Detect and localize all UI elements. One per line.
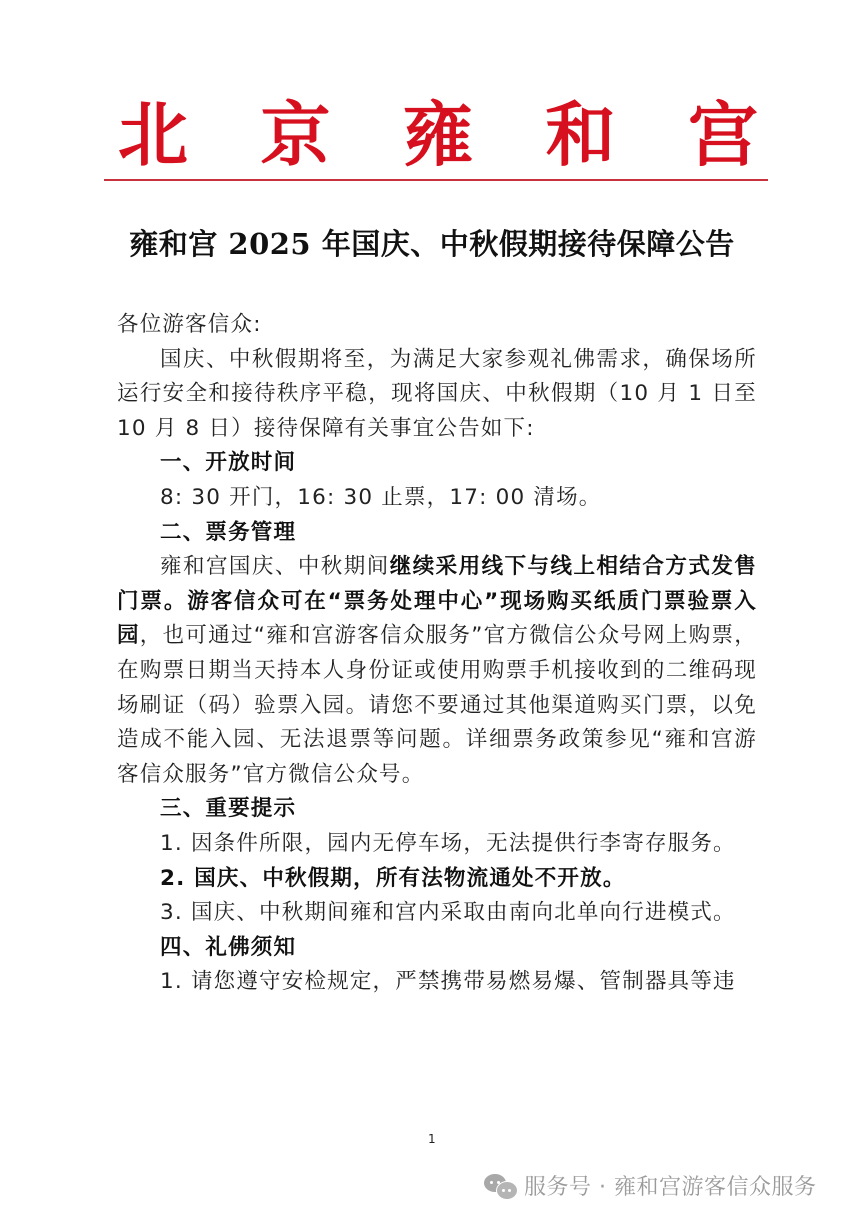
ticketing-text: 雍和宫国庆、中秋期间 (160, 554, 390, 579)
letterhead-char: 京 (261, 96, 331, 174)
notice-item-bold: 2. 国庆、中秋假期，所有法物流通处不开放。 (117, 862, 757, 897)
document-title: 雍和宫 2025 年国庆、中秋假期接待保障公告 (0, 222, 864, 266)
ticketing-paragraph: 雍和宫国庆、中秋期间继续采用线下与线上相结合方式发售门票。游客信众可在“票务处理… (117, 550, 757, 792)
wechat-icon (482, 1172, 518, 1200)
letterhead-divider (104, 179, 768, 181)
letterhead-title: 北 京 雍 和 宫 (104, 96, 768, 174)
letterhead-char: 北 (118, 96, 188, 174)
document-body: 各位游客信众: 国庆、中秋假期将至，为满足大家参观礼佛需求，确保场所运行安全和接… (117, 308, 757, 1000)
salutation: 各位游客信众: (117, 308, 757, 343)
section-heading-notices: 三、重要提示 (117, 792, 757, 827)
letterhead-char: 宫 (688, 96, 758, 174)
watermark-text: 服务号 · 雍和宫游客信众服务 (524, 1170, 816, 1201)
notice-item: 3. 国庆、中秋期间雍和宫内采取由南向北单向行进模式。 (117, 896, 757, 931)
letterhead-char: 和 (546, 96, 616, 174)
page-number: 1 (428, 1132, 436, 1146)
watermark: 服务号 · 雍和宫游客信众服务 (482, 1170, 816, 1201)
notice-item: 1. 因条件所限，园内无停车场，无法提供行李寄存服务。 (117, 827, 757, 862)
section-heading-tickets: 二、票务管理 (117, 516, 757, 551)
opening-hours-text: 8: 30 开门，16: 30 止票，17: 00 清场。 (117, 481, 757, 516)
letterhead-char: 雍 (403, 96, 473, 174)
worship-item: 1. 请您遵守安检规定，严禁携带易燃易爆、管制器具等违 (117, 965, 757, 1000)
section-heading-worship: 四、礼佛须知 (117, 931, 757, 966)
section-heading-hours: 一、开放时间 (117, 446, 757, 481)
intro-paragraph: 国庆、中秋假期将至，为满足大家参观礼佛需求，确保场所运行安全和接待秩序平稳，现将… (117, 343, 757, 447)
ticketing-text: ，也可通过“雍和宫游客信众服务”官方微信公众号网上购票，在购票日期当天持本人身份… (117, 623, 757, 786)
